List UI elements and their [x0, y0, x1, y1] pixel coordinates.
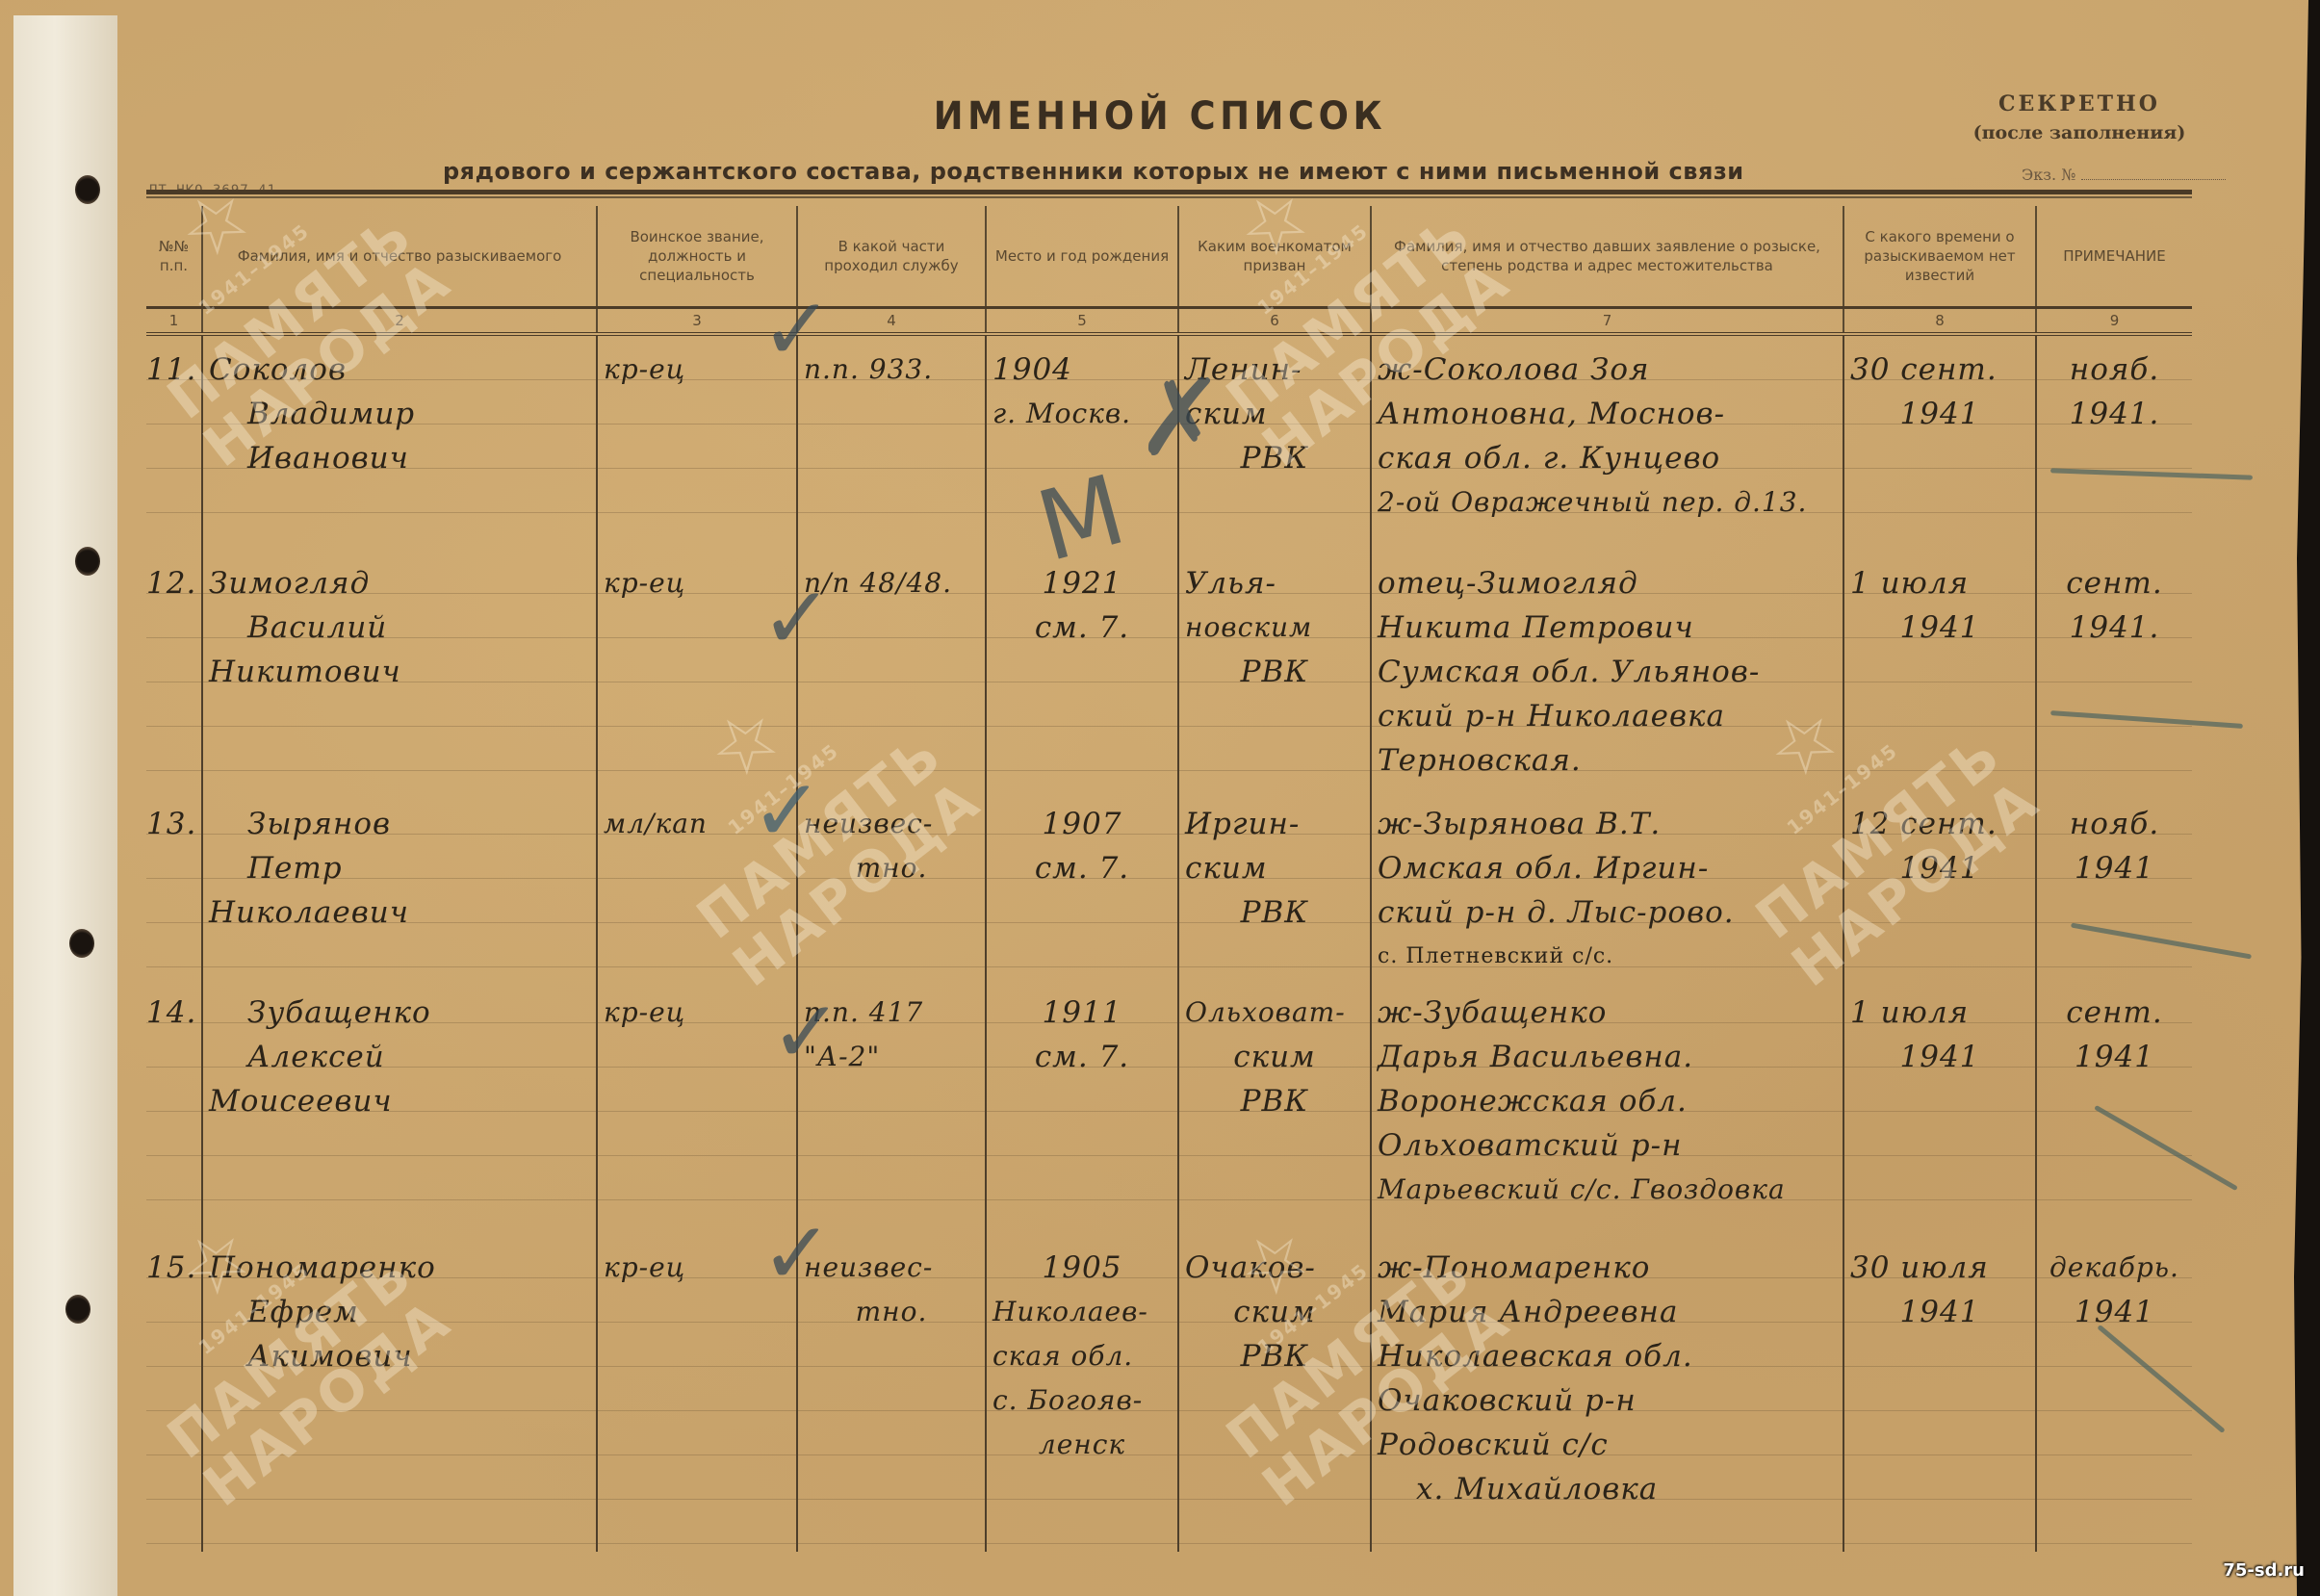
surname: Зимогляд [209, 561, 590, 605]
col-number: 2 [202, 308, 597, 335]
header-rule [146, 190, 2192, 194]
applicant-cell: отец-Зимогляд Никита Петрович Сумская об… [1371, 550, 1843, 790]
surname: Пономаренко [209, 1246, 590, 1290]
row-number: 15. [146, 1234, 202, 1552]
row-number: 14. [146, 979, 202, 1234]
col-header-rank: Воинское звание, должность и специальнос… [597, 206, 797, 308]
classification-note: (после заполнения) [1964, 122, 2195, 143]
col-header-commissariat: Каким военкоматом призван [1178, 206, 1371, 308]
unit-cell: неизвес- тно. [797, 1234, 986, 1552]
col-header-no-news: С какого времени о разыскиваемом нет изв… [1843, 206, 2036, 308]
first-name: Василий [209, 605, 590, 650]
soldier-name: Зубащенко Алексей Моисеевич [202, 979, 597, 1234]
birth-cell: 1921 см. 7. [986, 550, 1178, 790]
applicant-cell: ж-Зырянова В.Т. Омская обл. Иргин- ский … [1371, 790, 1843, 979]
punch-hole [69, 929, 94, 958]
note-cell: сент. 1941. [2036, 550, 2192, 790]
commissariat-cell: Улья- новским РВК [1178, 550, 1371, 790]
col-header-applicant: Фамилия, имя и отчество давших заявление… [1371, 206, 1843, 308]
col-number: 8 [1843, 308, 2036, 335]
patronymic: Никитович [209, 650, 590, 694]
no-news-cell: 1 июля 1941 [1843, 979, 2036, 1234]
note-cell: сент. 1941 [2036, 979, 2192, 1234]
first-name: Алексей [209, 1035, 590, 1079]
surname: Соколов [209, 348, 590, 392]
col-header-number: №№ п.п. [146, 206, 202, 308]
unit-cell: п/п 48/48. [797, 550, 986, 790]
patronymic: Акимович [209, 1334, 590, 1378]
col-header-name: Фамилия, имя и отчество разыскиваемого [202, 206, 597, 308]
unit-cell: п.п. 417 "А-2" [797, 979, 986, 1234]
no-news-cell: 1 июля 1941 [1843, 550, 2036, 790]
punch-hole [65, 1295, 90, 1324]
punch-hole [75, 547, 100, 576]
rank-cell: кр-ец [597, 1234, 797, 1552]
patronymic: Николаевич [209, 890, 590, 935]
first-name: Ефрем [209, 1290, 590, 1334]
copy-number-label: Экз. № [2022, 166, 2075, 184]
rank-cell: мл/кап [597, 790, 797, 979]
no-news-cell: 30 сент. 1941 [1843, 334, 2036, 550]
document-page: ПТ НКО 3697–41 ИМЕННОЙ СПИСОК рядового и… [0, 0, 2320, 1596]
patronymic: Моисеевич [209, 1079, 590, 1123]
unit-cell: неизвес- тно. [797, 790, 986, 979]
table-row: 15. Пономаренко Ефрем Акимович кр-ец неи… [146, 1234, 2192, 1552]
torn-edge [2291, 0, 2320, 1596]
soldier-name: Зырянов Петр Николаевич [202, 790, 597, 979]
copy-number-blank [2081, 179, 2226, 180]
document-title: ИМЕННОЙ СПИСОК [92, 94, 2227, 139]
table-row: 11. Соколов Владимир Иванович кр-ец п.п.… [146, 334, 2192, 550]
col-number: 9 [2036, 308, 2192, 335]
birth-cell: 1905 Николаев- ская обл. с. Богояв- ленс… [986, 1234, 1178, 1552]
col-number: 5 [986, 308, 1178, 335]
row-number: 12. [146, 550, 202, 790]
patronymic: Иванович [209, 436, 590, 480]
col-number: 7 [1371, 308, 1843, 335]
table-row: 12. Зимогляд Василий Никитович кр-ец п/п… [146, 550, 2192, 790]
table-row: 14. Зубащенко Алексей Моисеевич кр-ец п.… [146, 979, 2192, 1234]
rank-cell: кр-ец [597, 550, 797, 790]
rank-cell: кр-ец [597, 979, 797, 1234]
column-number-row: 1 2 3 4 5 6 7 8 9 [146, 308, 2192, 335]
first-name: Владимир [209, 392, 590, 436]
surname: Зубащенко [209, 991, 590, 1035]
col-number: 4 [797, 308, 986, 335]
applicant-cell: ж-Пономаренко Мария Андреевна Николаевск… [1371, 1234, 1843, 1552]
column-header-row: №№ п.п. Фамилия, имя и отчество разыскив… [146, 206, 2192, 308]
no-news-cell: 30 июля 1941 [1843, 1234, 2036, 1552]
applicant-cell: ж-Зубащенко Дарья Васильевна. Воронежска… [1371, 979, 1843, 1234]
row-number: 13. [146, 790, 202, 979]
surname: Зырянов [209, 802, 590, 846]
birth-cell: 1907 см. 7. [986, 790, 1178, 979]
unit-cell: п.п. 933. [797, 334, 986, 550]
soldier-name: Зимогляд Василий Никитович [202, 550, 597, 790]
col-header-birth: Место и год рождения [986, 206, 1178, 308]
classification-label: СЕКРЕТНО [1964, 91, 2195, 116]
soldier-name: Соколов Владимир Иванович [202, 334, 597, 550]
header-rule-thin [146, 196, 2192, 198]
commissariat-cell: Ленин- ским РВК [1178, 334, 1371, 550]
row-number: 11. [146, 334, 202, 550]
birth-cell: 1904 г. Москв. [986, 334, 1178, 550]
punch-hole [75, 175, 100, 204]
col-header-note: ПРИМЕЧАНИЕ [2036, 206, 2192, 308]
commissariat-cell: Очаков- ским РВК [1178, 1234, 1371, 1552]
commissariat-cell: Ольховат- ским РВК [1178, 979, 1371, 1234]
col-number: 3 [597, 308, 797, 335]
note-cell: нояб. 1941 [2036, 790, 2192, 979]
copy-number: Экз. № [2022, 166, 2226, 184]
binder-strip [13, 15, 117, 1596]
table-row: 13. Зырянов Петр Николаевич мл/кап неизв… [146, 790, 2192, 979]
soldier-name: Пономаренко Ефрем Акимович [202, 1234, 597, 1552]
note-cell: декабрь. 1941 [2036, 1234, 2192, 1552]
col-number: 1 [146, 308, 202, 335]
classification-block: СЕКРЕТНО (после заполнения) [1964, 91, 2195, 143]
no-news-cell: 12 сент. 1941 [1843, 790, 2036, 979]
commissariat-cell: Иргин- ским РВК [1178, 790, 1371, 979]
col-number: 6 [1178, 308, 1371, 335]
col-header-unit: В какой части проходил службу [797, 206, 986, 308]
applicant-cell: ж-Соколова Зоя Антоновна, Моснов- ская о… [1371, 334, 1843, 550]
first-name: Петр [209, 846, 590, 890]
register-table: №№ п.п. Фамилия, имя и отчество разыскив… [146, 206, 2192, 1552]
birth-cell: 1911 см. 7. [986, 979, 1178, 1234]
note-cell: нояб. 1941. [2036, 334, 2192, 550]
rank-cell: кр-ец [597, 334, 797, 550]
site-tag: 75-sd.ru [2223, 1560, 2305, 1581]
document-subtitle: рядового и сержантского состава, родстве… [443, 158, 1744, 185]
